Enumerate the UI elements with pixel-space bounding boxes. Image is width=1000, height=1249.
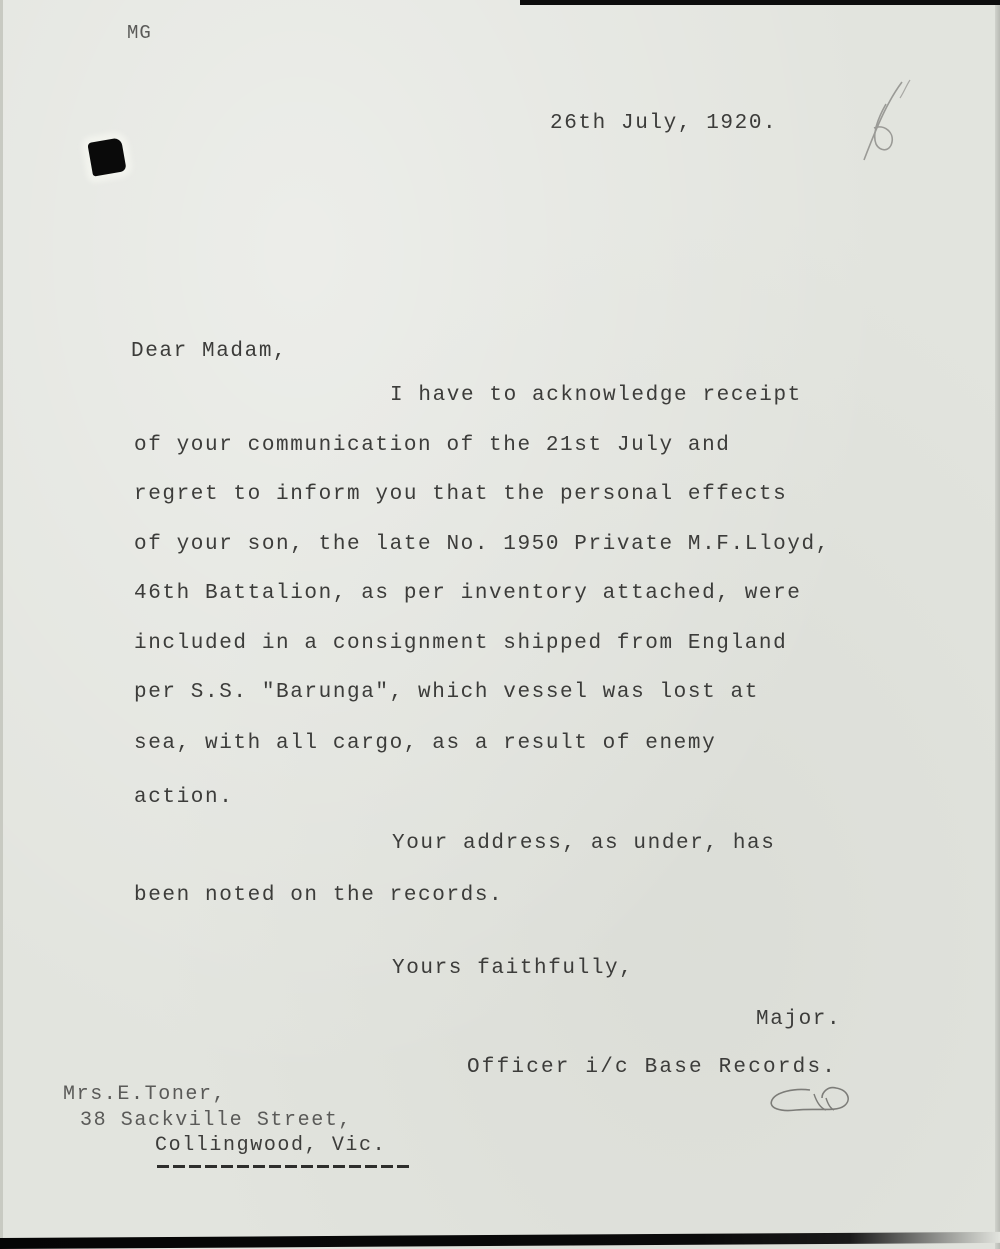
address-underline bbox=[157, 1165, 411, 1168]
page-left-edge bbox=[0, 0, 3, 1249]
body-line-2: of your communication of the 21st July a… bbox=[134, 434, 731, 457]
reference-initials: MG bbox=[127, 22, 152, 44]
body-line-6: included in a consignment shipped from E… bbox=[134, 632, 787, 655]
body-line-5: 46th Battalion, as per inventory attache… bbox=[134, 582, 802, 605]
signatory-rank: Major. bbox=[756, 1008, 841, 1031]
handwritten-initial-icon bbox=[850, 78, 920, 168]
signature-flourish-icon bbox=[766, 1078, 856, 1118]
scan-bottom-border bbox=[0, 1232, 1000, 1249]
salutation: Dear Madam, bbox=[131, 340, 287, 363]
closing: Yours faithfully, bbox=[392, 957, 633, 980]
body-line-1: I have to acknowledge receipt bbox=[390, 384, 802, 407]
body-line-10: Your address, as under, has bbox=[392, 832, 775, 855]
body-line-9: action. bbox=[134, 786, 233, 809]
recipient-city: Collingwood, Vic. bbox=[155, 1134, 386, 1157]
body-line-11: been noted on the records. bbox=[134, 884, 503, 907]
scan-top-border bbox=[520, 0, 1000, 5]
body-line-3: regret to inform you that the personal e… bbox=[134, 483, 787, 506]
signatory-title: Officer i/c Base Records. bbox=[467, 1056, 837, 1079]
body-line-8: sea, with all cargo, as a result of enem… bbox=[134, 732, 716, 755]
body-line-7: per S.S. "Barunga", which vessel was los… bbox=[134, 681, 759, 704]
recipient-street: 38 Sackville Street, bbox=[80, 1109, 352, 1132]
recipient-name: Mrs.E.Toner, bbox=[63, 1083, 226, 1106]
page-right-edge bbox=[995, 0, 1000, 1249]
letter-page: MG 26th July, 1920. Dear Madam, I have t… bbox=[0, 0, 1000, 1249]
punch-hole-mark bbox=[87, 137, 126, 176]
body-line-4: of your son, the late No. 1950 Private M… bbox=[134, 533, 830, 556]
letter-date: 26th July, 1920. bbox=[550, 112, 777, 135]
